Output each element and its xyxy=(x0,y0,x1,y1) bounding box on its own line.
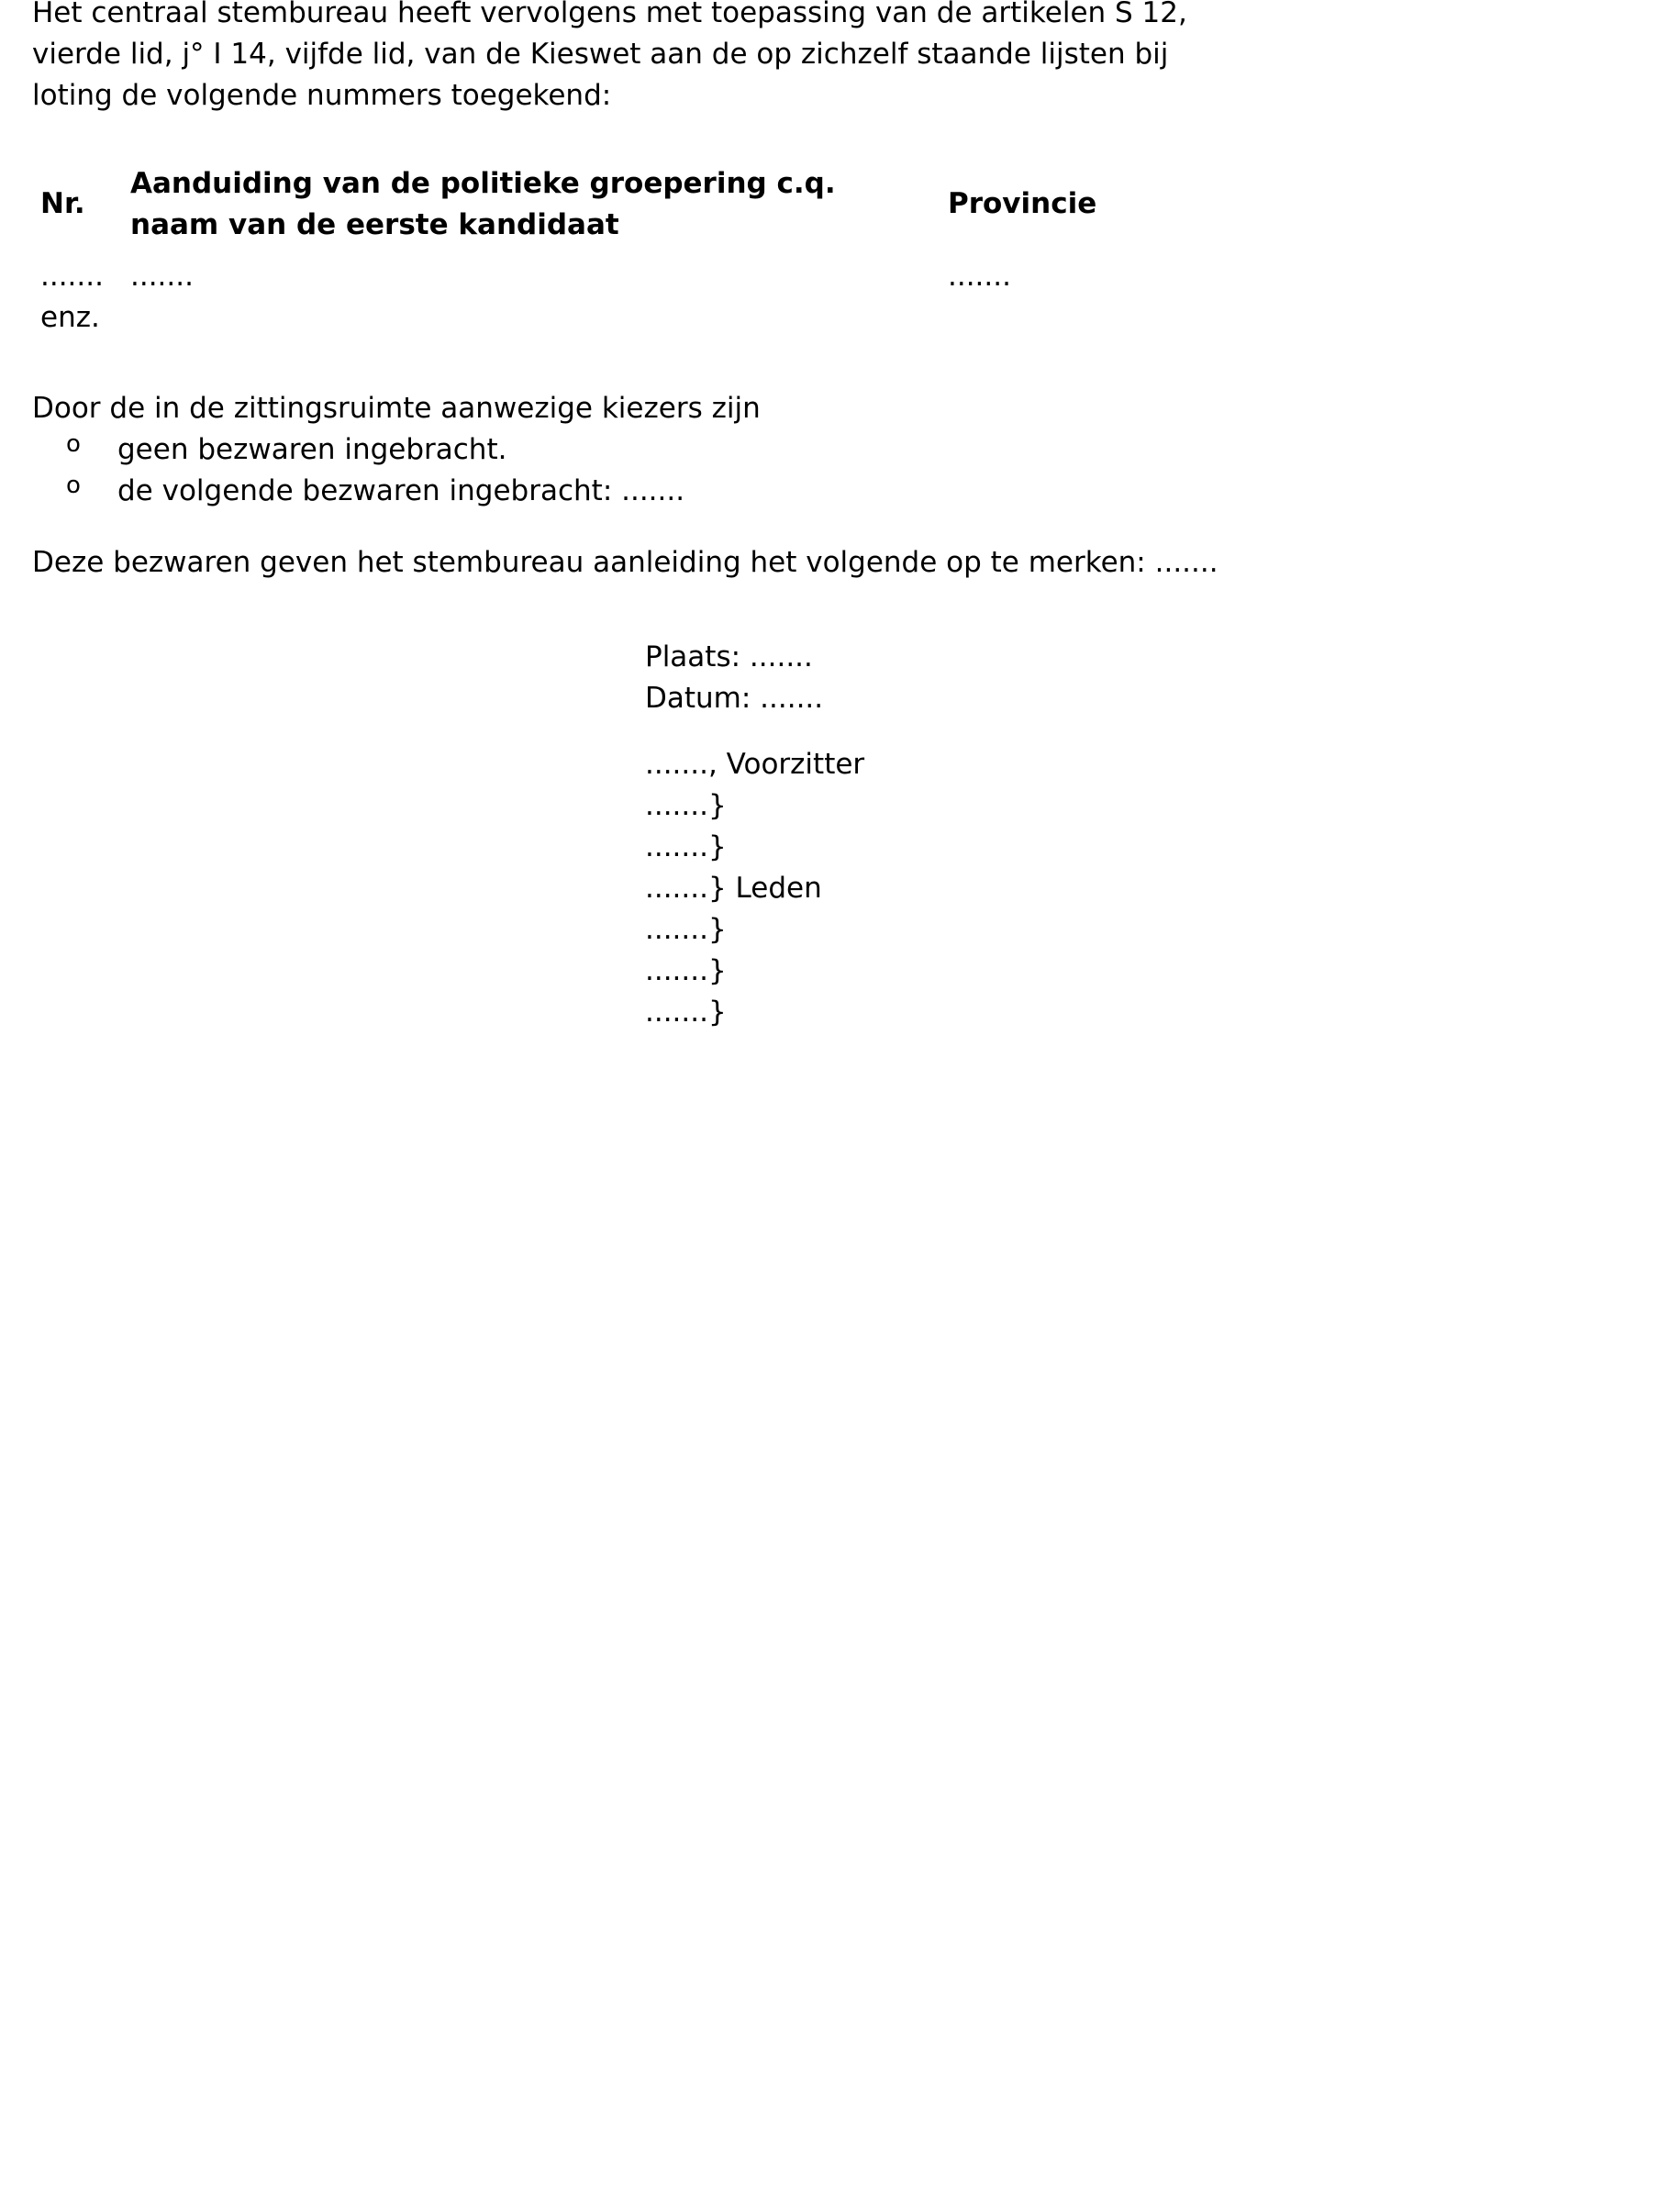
header-province: Provincie xyxy=(948,184,1096,225)
cell-group: ....... xyxy=(130,256,194,297)
member-line: .......} xyxy=(645,785,727,827)
remark-line: Deze bezwaren geven het stembureau aanle… xyxy=(32,542,1218,584)
cell-province: ....... xyxy=(948,256,1011,297)
header-group-line2: naam van de eerste kandidaat xyxy=(130,205,619,246)
objection-option-following: o de volgende bezwaren ingebracht: .....… xyxy=(32,471,761,512)
member-line: .......} xyxy=(645,951,727,992)
table-continuation: enz. xyxy=(40,297,100,339)
bullet-circle-icon: o xyxy=(66,424,81,465)
place-line: Plaats: ....... xyxy=(645,637,813,678)
intro-line: vierde lid, j° I 14, vijfde lid, van de … xyxy=(32,34,1168,75)
objection-option-none: o geen bezwaren ingebracht. xyxy=(32,429,761,471)
option-label: de volgende bezwaren ingebracht: ....... xyxy=(117,474,684,507)
member-line: .......} xyxy=(645,992,727,1033)
option-label: geen bezwaren ingebracht. xyxy=(117,433,506,466)
date-line: Datum: ....... xyxy=(645,678,823,719)
intro-line: loting de volgende nummers toegekend: xyxy=(32,75,611,117)
member-line: .......} xyxy=(645,827,727,868)
intro-line: Het centraal stembureau heeft vervolgens… xyxy=(32,0,1187,34)
member-line: .......} Leden xyxy=(645,868,822,909)
bullet-circle-icon: o xyxy=(66,465,81,506)
header-nr: Nr. xyxy=(40,184,85,225)
cell-nr: ....... xyxy=(40,256,104,297)
objections-section: Door de in de zittingsruimte aanwezige k… xyxy=(32,388,761,512)
chair-line: ......., Voorzitter xyxy=(645,744,864,785)
member-line: .......} xyxy=(645,909,727,951)
header-group-line1: Aanduiding van de politieke groepering c… xyxy=(130,163,836,205)
objections-intro: Door de in de zittingsruimte aanwezige k… xyxy=(32,388,761,429)
